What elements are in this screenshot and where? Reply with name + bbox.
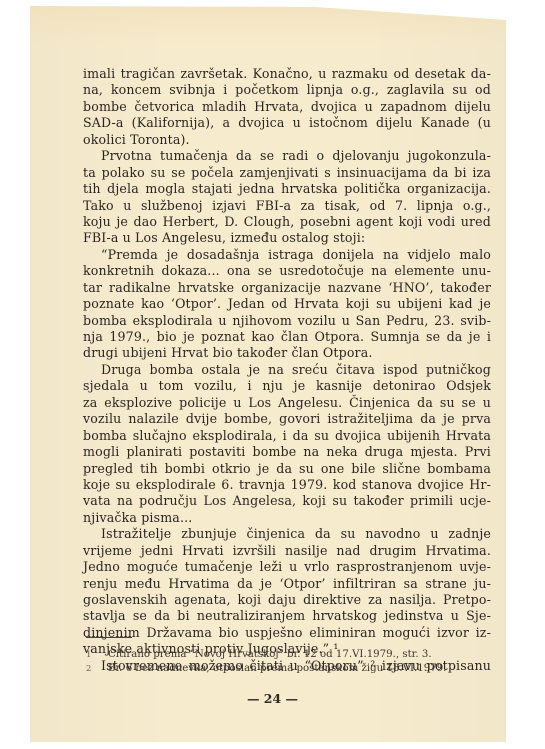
text-line: na, koncem svibnja i početkom lipnja o.g… [83, 82, 491, 98]
text-line: okolici Toronta). [83, 132, 491, 148]
text-line: konkretnih dokaza... ona se usredotočuje… [83, 263, 491, 279]
text-line: bombe četvorica mladih Hrvata, dvojica u… [83, 99, 491, 115]
text-line: pregled tih bombi otkrio je da su one bi… [83, 461, 491, 477]
text-line: Druga bomba ostala je na sreću čitava is… [83, 362, 491, 378]
footnotes: 1 Citirano prema “Novoj Hrvatskoj” br. 1… [86, 648, 481, 676]
text-line: vata na području Los Angelesa, koji su t… [83, 493, 491, 509]
text-line: FBI-a u Los Angelesu, između ostalog sto… [83, 230, 491, 246]
footnote-2: 2 Br. 6 bez nadnevka, otposlan prema poš… [86, 662, 481, 676]
text-line: stavlja se da bi neutraliziranjem hrvats… [83, 608, 491, 624]
footnote-number: 2 [86, 662, 108, 676]
text-line: poznate kao ‘Otpor’. Jedan od Hrvata koj… [83, 296, 491, 312]
footnote-text: Citirano prema “Novoj Hrvatskoj” br. 12 … [108, 648, 432, 662]
text-line: koje su eksplodirale 6. travnja 1979. ko… [83, 477, 491, 493]
text-line: dinjenim Državama bio uspješno eliminira… [83, 625, 491, 641]
text-line: vrijeme jedni Hrvati izvršili nasilje na… [83, 543, 491, 559]
footnote-text: Br. 6 bez nadnevka, otposlan prema pošta… [108, 662, 446, 676]
text-line: tih djela mogla stajati jedna hrvatska p… [83, 181, 491, 197]
text-line: Tako u službenoj izjavi FBI-a za tisak, … [83, 198, 491, 214]
footnote-1: 1 Citirano prema “Novoj Hrvatskoj” br. 1… [86, 648, 481, 662]
footnote-divider [86, 637, 132, 638]
text-line: bomba eksplodirala u njihovom vozilu u S… [83, 313, 491, 329]
text-line: goslavenskih agenata, koji daju direktiv… [83, 592, 491, 608]
body-text: imali tragičan završetak. Konačno, u raz… [83, 66, 491, 674]
text-line: SAD-a (Kalifornija), a dvojica u istočno… [83, 115, 491, 131]
text-line: bomba slučajno eksplodirala, i da su dvo… [83, 428, 491, 444]
text-line: renju među Hrvatima da je ‘Otpor’ infilt… [83, 576, 491, 592]
text-line: Istražitelje zbunjuje činjenica da su na… [83, 526, 491, 542]
text-line: za eksplozive policije u Los Angelesu. Č… [83, 395, 491, 411]
text-line: tar radikalne hrvatske organizacije nazv… [83, 280, 491, 296]
page-number: — 24 — [0, 691, 545, 706]
text-line: Prvotna tumačenja da se radi o djelovanj… [83, 148, 491, 164]
text-line: njivačka pisma... [83, 510, 491, 526]
text-line: vozilu nalazile dvije bombe, govori istr… [83, 411, 491, 427]
text-line: Jedno moguće tumačenje leži u vrlo raspr… [83, 559, 491, 575]
text-line: sjedala u tom vozilu, i nju je kasnije d… [83, 378, 491, 394]
text-line: mogli planirati postaviti bombe na neka … [83, 444, 491, 460]
text-line: koju je dao Herbert, D. Clough, posebni … [83, 214, 491, 230]
text-line: drugi ubijeni Hrvat bio također član Otp… [83, 345, 491, 361]
text-line: ta polako su se počela zamjenjivati s in… [83, 165, 491, 181]
footnote-number: 1 [86, 648, 108, 662]
text-line: “Premda je dosadašnja istraga donijela n… [83, 247, 491, 263]
text-line: nja 1979., bio je poznat kao član Otpora… [83, 329, 491, 345]
text-line: imali tragičan završetak. Konačno, u raz… [83, 66, 491, 82]
